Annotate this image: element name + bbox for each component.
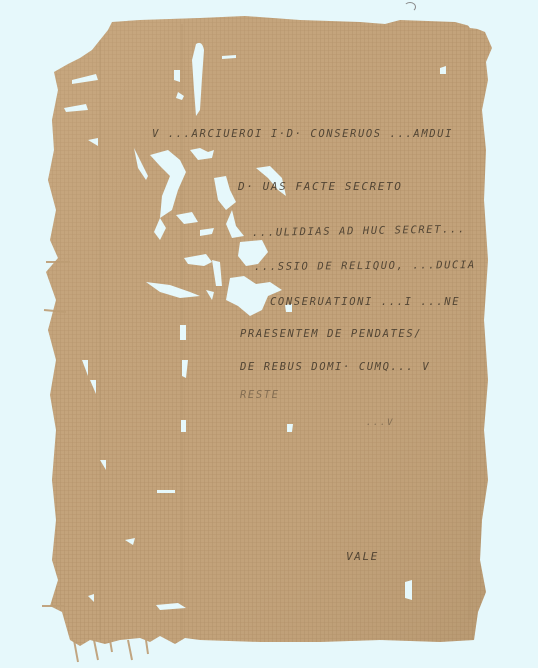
ink-speck (404, 2, 416, 12)
document-photo: v ...arciueroi I·D· conseruos ...amdui D… (0, 0, 538, 668)
papyrus-sheet (0, 0, 538, 668)
